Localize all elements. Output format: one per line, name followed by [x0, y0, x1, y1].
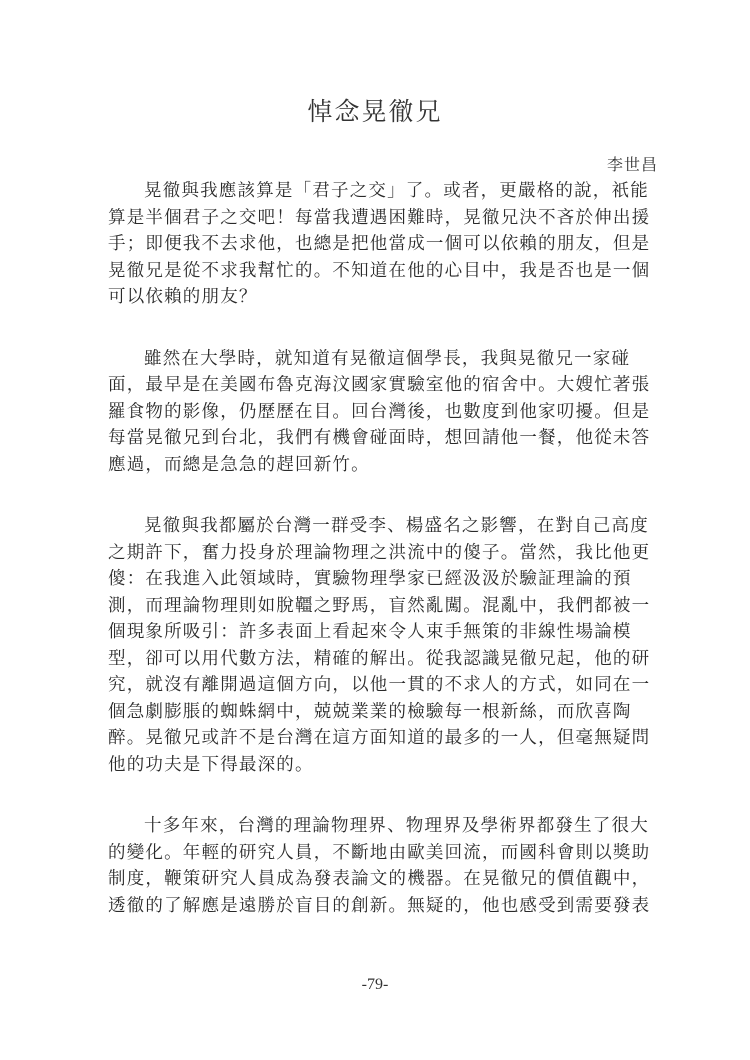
text-line: 制度，鞭策研究人員成為發表論文的機器。在晃徹兄的價值觀中， — [108, 866, 648, 893]
text-line: 可以依賴的朋友？ — [108, 284, 648, 311]
author-name: 李世昌 — [607, 152, 658, 175]
text-line: 十多年來，台灣的理論物理界、物理界及學術界都發生了很大 — [108, 813, 648, 840]
text-line: 雖然在大學時，就知道有晃徹這個學長，我與晃徹兄一家碰 — [108, 346, 648, 373]
text-line: 每當晃徹兄到台北，我們有機會碰面時，想回請他一餐，他從未答 — [108, 425, 648, 452]
text-line: 個急劇膨脹的蜘蛛網中，兢兢業業的檢驗每一根新絲，而欣喜陶 — [108, 699, 648, 726]
text-line: 羅食物的影像，仍歷歷在目。回台灣後，也數度到他家叨擾。但是 — [108, 399, 648, 426]
text-line: 面，最早是在美國布魯克海汶國家實驗室他的宿舍中。大嫂忙著張 — [108, 372, 648, 399]
text-line: 之期許下，奮力投身於理論物理之洪流中的傻子。當然，我比他更 — [108, 540, 648, 567]
paragraph-gap — [108, 311, 648, 346]
text-line: 透徹的了解應是遠勝於盲目的創新。無疑的，他也感受到需要發表 — [108, 893, 648, 920]
page-title: 悼念晃徹兄 — [0, 92, 750, 128]
text-line: 個現象所吸引：許多表面上看起來令人束手無策的非線性場論模 — [108, 619, 648, 646]
page-number: -79- — [0, 976, 750, 994]
paragraph: 晃徹與我應該算是「君子之交」了。或者，更嚴格的說，祇能 算是半個君子之交吧！每當… — [108, 178, 648, 311]
paragraph: 雖然在大學時，就知道有晃徹這個學長，我與晃徹兄一家碰 面，最早是在美國布魯克海汶… — [108, 346, 648, 479]
paragraph-gap — [108, 478, 648, 513]
text-line: 晃徹與我應該算是「君子之交」了。或者，更嚴格的說，祇能 — [108, 178, 648, 205]
text-line: 型，卻可以用代數方法，精確的解出。從我認識晃徹兄起，他的研 — [108, 646, 648, 673]
paragraph: 晃徹與我都屬於台灣一群受李、楊盛名之影響，在對自己高度 之期許下，奮力投身於理論… — [108, 513, 648, 778]
text-line: 傻：在我進入此領域時，實驗物理學家已經汲汲於驗証理論的預 — [108, 566, 648, 593]
paragraph: 十多年來，台灣的理論物理界、物理界及學術界都發生了很大 的變化。年輕的研究人員，… — [108, 813, 648, 919]
text-line: 算是半個君子之交吧！每當我遭遇困難時，晃徹兄決不吝於伸出援 — [108, 205, 648, 232]
text-line: 應過，而總是急急的趕回新竹。 — [108, 452, 648, 479]
body-text: 晃徹與我應該算是「君子之交」了。或者，更嚴格的說，祇能 算是半個君子之交吧！每當… — [108, 178, 648, 919]
text-line: 手；即便我不去求他，也總是把他當成一個可以依賴的朋友，但是 — [108, 231, 648, 258]
text-line: 究，就沒有離開過這個方向，以他一貫的不求人的方式，如同在一 — [108, 672, 648, 699]
text-line: 他的功夫是下得最深的。 — [108, 752, 648, 779]
text-line: 醉。晃徹兄或許不是台灣在這方面知道的最多的一人，但毫無疑問 — [108, 725, 648, 752]
paragraph-gap — [108, 778, 648, 813]
text-line: 晃徹兄是從不求我幫忙的。不知道在他的心目中，我是否也是一個 — [108, 258, 648, 285]
text-line: 的變化。年輕的研究人員，不斷地由歐美回流，而國科會則以獎助 — [108, 840, 648, 867]
text-line: 測，而理論物理則如脫韁之野馬，盲然亂闖。混亂中，我們都被一 — [108, 593, 648, 620]
text-line: 晃徹與我都屬於台灣一群受李、楊盛名之影響，在對自己高度 — [108, 513, 648, 540]
